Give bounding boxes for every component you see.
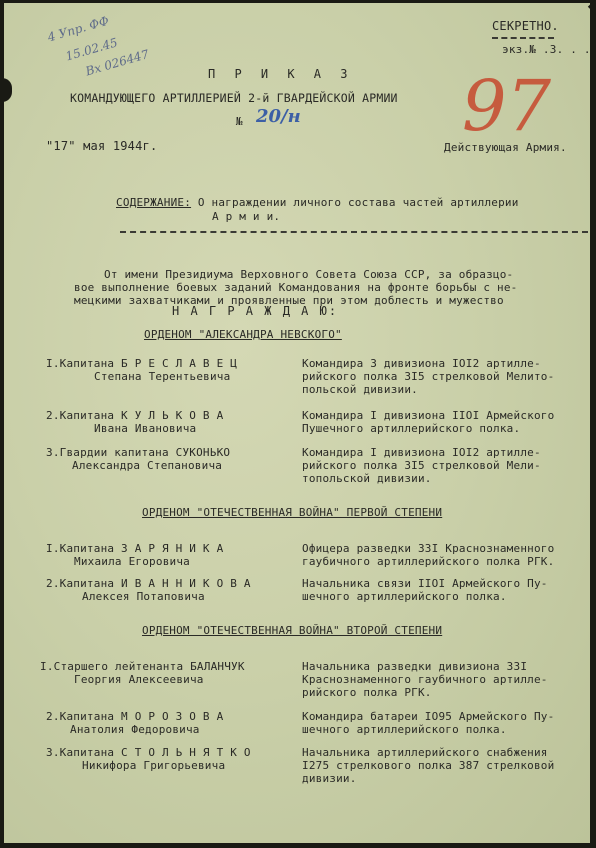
award-entry-name: 3.Капитана С Т О Л Ь Н Я Т К О (46, 746, 251, 759)
award-entry-position: I275 стрелкового полка 387 стрелковой (302, 759, 554, 772)
award-entry-position: Начальника разведки дивизиона 33I (302, 660, 527, 673)
content-line-1: СОДЕРЖАНИЕ: О награждении личного состав… (116, 196, 519, 209)
award-entry-name: 3.Гвардии капитана СУКОНЬКО (46, 446, 230, 459)
award-entry-name: I.Капитана Б Р Е С Л А В Е Ц (46, 357, 237, 370)
order-number-label: № (236, 115, 243, 128)
award-entry-position: Командира I дивизиона IOI2 артилле- (302, 446, 541, 459)
award-entry-patronymic: Георгия Алексеевича (74, 673, 204, 686)
document-subtitle: КОМАНДУЮЩЕГО АРТИЛЛЕРИЕЙ 2-й ГВАРДЕЙСКОЙ… (70, 91, 398, 105)
order-date: "17" мая 1944г. (46, 139, 157, 153)
award-entry-patronymic: Анатолия Федоровича (70, 723, 200, 736)
section-heading-patriotic-war-2: ОРДЕНОМ "ОТЕЧЕСТВЕННАЯ ВОЙНА" ВТОРОЙ СТЕ… (142, 624, 442, 637)
document-page: 4 Упр. ФФ 15.02.45 Вх 026447 СЕКРЕТНО. э… (4, 3, 590, 843)
award-entry-position: рийского полка 3I5 стрелковой Мели- (302, 459, 541, 472)
award-entry-patronymic: Алексея Потаповича (82, 590, 205, 603)
copy-number: экз.№ .3. . . . (502, 43, 596, 56)
award-word: Н А Г Р А Ж Д А Ю: (172, 304, 338, 318)
award-entry-name: 2.Капитана К У Л Ь К О В А (46, 409, 223, 422)
content-label: СОДЕРЖАНИЕ: (116, 196, 191, 209)
preamble-line-1: От имени Президиума Верховного Совета Со… (104, 268, 513, 281)
award-entry-name: 2.Капитана И В А Н Н И К О В А (46, 577, 251, 590)
award-entry-position: топольской дивизии. (302, 472, 432, 485)
preamble-line-2: вое выполнение боевых заданий Командован… (74, 281, 517, 294)
section-heading-patriotic-war-1: ОРДЕНОМ "ОТЕЧЕСТВЕННАЯ ВОЙНА" ПЕРВОЙ СТЕ… (142, 506, 442, 519)
award-entry-position: Командира батареи IO95 Армейского Пу- (302, 710, 554, 723)
award-entry-name: I.Капитана З А Р Я Н И К А (46, 542, 223, 555)
award-entry-position: дивизии. (302, 772, 357, 785)
document-title: П Р И К А З (208, 67, 353, 81)
content-text: О награждении личного состава частей арт… (198, 196, 519, 209)
award-entry-position: Начальника артиллерийского снабжения (302, 746, 548, 759)
award-entry-position: рийского полка РГК. (302, 686, 432, 699)
award-entry-patronymic: Никифора Григорьевича (82, 759, 225, 772)
award-entry-name: I.Старшего лейтенанта БАЛАНЧУК (40, 660, 245, 673)
order-location: Действующая Армия. (444, 141, 567, 154)
classification-stamp: СЕКРЕТНО. (492, 19, 559, 33)
award-entry-position: шечного артиллерийского полка. (302, 590, 507, 603)
award-entry-patronymic: Степана Терентьевича (94, 370, 230, 383)
award-entry-position: Командира I дивизиона IIOI Армейского (302, 409, 554, 422)
content-line-2: А р м и и. (212, 210, 280, 223)
award-entry-position: Офицера разведки 33I Краснознаменного (302, 542, 554, 555)
award-entry-position: Начальника связи IIOI Армейского Пу- (302, 577, 548, 590)
order-number: 20/н (256, 106, 301, 127)
award-entry-position: шечного артиллерийского полка. (302, 723, 507, 736)
red-handwritten-mark: 97 (462, 65, 551, 147)
award-entry-position: Краснознаменного гаубичного артилле- (302, 673, 548, 686)
award-entry-patronymic: Александра Степановича (72, 459, 222, 472)
award-entry-position: польской дивизии. (302, 383, 418, 396)
section-heading-nevsky: ОРДЕНОМ "АЛЕКСАНДРА НЕВСКОГО" (144, 328, 342, 341)
torn-edge (0, 78, 12, 102)
award-entry-position: рийского полка 3I5 стрелковой Мелито- (302, 370, 554, 383)
award-entry-position: Командира 3 дивизиона IOI2 артилле- (302, 357, 541, 370)
award-entry-patronymic: Михаила Егоровича (74, 555, 190, 568)
award-entry-position: гаубичного артиллерийского полка РГК. (302, 555, 554, 568)
award-entry-position: Пушечного артиллерийского полка. (302, 422, 520, 435)
award-entry-name: 2.Капитана М О Р О З О В А (46, 710, 223, 723)
award-entry-patronymic: Ивана Ивановича (94, 422, 196, 435)
